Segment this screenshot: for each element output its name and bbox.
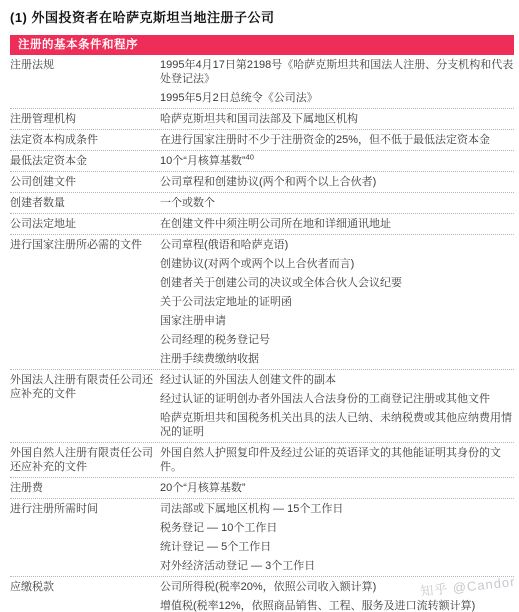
table-row: 公司法定地址 在创建文件中须注明公司所在地和详细通讯地址	[10, 214, 514, 235]
table-row: 公司创建文件 公司章程和创建协议(两个和两个以上合伙者)	[10, 172, 514, 193]
table-row: 注册法规 1995年4月17日第2198号《哈萨克斯坦共和国法人注册、分支机构和…	[10, 55, 514, 109]
value-line: 20个“月核算基数”	[160, 481, 514, 495]
page-title: (1) 外国投资者在哈萨克斯坦当地注册子公司	[10, 9, 514, 26]
value-line: 1995年4月17日第2198号《哈萨克斯坦共和国法人注册、分支机构和代表处登记…	[160, 58, 514, 86]
value-line: 公司所得税(税率20%，依照公司收入额计算)	[160, 580, 514, 594]
value-line: 哈萨克斯坦共和国司法部及下属地区机构	[160, 112, 514, 126]
row-value: 1995年4月17日第2198号《哈萨克斯坦共和国法人注册、分支机构和代表处登记…	[160, 58, 514, 105]
row-label: 创建者数量	[10, 196, 160, 210]
value-line: 统计登记 — 5个工作日	[160, 540, 514, 554]
registration-table: 注册的基本条件和程序 注册法规 1995年4月17日第2198号《哈萨克斯坦共和…	[10, 35, 514, 612]
footnote-marker: 40	[246, 152, 254, 161]
row-label: 应缴税款	[10, 580, 160, 594]
value-line: 一个或数个	[160, 196, 514, 210]
value-line: 哈萨克斯坦共和国税务机关出具的法人已纳、未纳税费或其他应纳费用情况的证明	[160, 411, 514, 439]
row-label: 外国自然人注册有限责任公司还应补充的文件	[10, 446, 160, 474]
table-row: 创建者数量 一个或数个	[10, 193, 514, 214]
value-line: 司法部或下属地区机构 — 15个工作日	[160, 502, 514, 516]
value-line: 关于公司法定地址的证明函	[160, 295, 514, 309]
value-line: 对外经济活动登记 — 3个工作日	[160, 559, 514, 573]
value-line: 公司章程(俄语和哈萨克语)	[160, 238, 514, 252]
row-label: 注册管理机构	[10, 112, 160, 126]
value-line: 公司经理的税务登记号	[160, 333, 514, 347]
value-line: 税务登记 — 10个工作日	[160, 521, 514, 535]
value-line: 10个“月核算基数”40	[160, 154, 514, 168]
row-label: 进行注册所需时间	[10, 502, 160, 516]
row-label: 公司创建文件	[10, 175, 160, 189]
table-section-header: 注册的基本条件和程序	[10, 35, 514, 55]
table-row: 注册管理机构 哈萨克斯坦共和国司法部及下属地区机构	[10, 109, 514, 130]
value-line: 经过认证的外国法人创建文件的副本	[160, 373, 514, 387]
value-line: 1995年5月2日总统令《公司法》	[160, 91, 514, 105]
row-label: 法定资本构成条件	[10, 133, 160, 147]
value-line: 增值税(税率12%，依照商品销售、工程、服务及进口流转额计算)	[160, 599, 514, 612]
row-value: 司法部或下属地区机构 — 15个工作日税务登记 — 10个工作日统计登记 — 5…	[160, 502, 514, 573]
row-label: 外国法人注册有限责任公司还应补充的文件	[10, 373, 160, 401]
table-row: 注册费 20个“月核算基数”	[10, 478, 514, 499]
row-value: 一个或数个	[160, 196, 514, 210]
table-row: 最低法定资本金 10个“月核算基数”40	[10, 151, 514, 172]
value-line: 经过认证的证明创办者外国法人合法身份的工商登记注册或其他文件	[160, 392, 514, 406]
value-line: 在创建文件中须注明公司所在地和详细通讯地址	[160, 217, 514, 231]
row-label: 最低法定资本金	[10, 154, 160, 168]
table-row: 进行国家注册所必需的文件 公司章程(俄语和哈萨克语)创建协议(对两个或两个以上合…	[10, 235, 514, 370]
row-label: 进行国家注册所必需的文件	[10, 238, 160, 252]
row-value: 在进行国家注册时不少于注册资金的25%，但不低于最低法定资本金	[160, 133, 514, 147]
value-line: 外国自然人护照复印件及经过公证的英语译文的其他能证明其身份的文件。	[160, 446, 514, 474]
row-label: 注册费	[10, 481, 160, 495]
row-value: 公司章程和创建协议(两个和两个以上合伙者)	[160, 175, 514, 189]
row-value: 在创建文件中须注明公司所在地和详细通讯地址	[160, 217, 514, 231]
row-value: 哈萨克斯坦共和国司法部及下属地区机构	[160, 112, 514, 126]
row-value: 20个“月核算基数”	[160, 481, 514, 495]
row-value: 公司所得税(税率20%，依照公司收入额计算)增值税(税率12%，依照商品销售、工…	[160, 580, 514, 612]
value-line: 创建协议(对两个或两个以上合伙者而言)	[160, 257, 514, 271]
row-label: 公司法定地址	[10, 217, 160, 231]
value-line: 在进行国家注册时不少于注册资金的25%，但不低于最低法定资本金	[160, 133, 514, 147]
value-line: 注册手续费缴纳收据	[160, 352, 514, 366]
table-row: 外国自然人注册有限责任公司还应补充的文件 外国自然人护照复印件及经过公证的英语译…	[10, 443, 514, 478]
table-body: 注册法规 1995年4月17日第2198号《哈萨克斯坦共和国法人注册、分支机构和…	[10, 55, 514, 612]
row-value: 公司章程(俄语和哈萨克语)创建协议(对两个或两个以上合伙者而言)创建者关于创建公…	[160, 238, 514, 366]
row-value: 外国自然人护照复印件及经过公证的英语译文的其他能证明其身份的文件。	[160, 446, 514, 474]
table-row: 外国法人注册有限责任公司还应补充的文件 经过认证的外国法人创建文件的副本经过认证…	[10, 370, 514, 443]
table-row: 进行注册所需时间 司法部或下属地区机构 — 15个工作日税务登记 — 10个工作…	[10, 499, 514, 577]
row-value: 10个“月核算基数”40	[160, 154, 514, 168]
row-label: 注册法规	[10, 58, 160, 72]
value-line: 创建者关于创建公司的决议或全体合伙人会议纪要	[160, 276, 514, 290]
document-page: (1) 外国投资者在哈萨克斯坦当地注册子公司 注册的基本条件和程序 注册法规 1…	[0, 0, 519, 612]
row-value: 经过认证的外国法人创建文件的副本经过认证的证明创办者外国法人合法身份的工商登记注…	[160, 373, 514, 439]
value-line: 国家注册申请	[160, 314, 514, 328]
table-row: 应缴税款 公司所得税(税率20%，依照公司收入额计算)增值税(税率12%，依照商…	[10, 577, 514, 612]
table-row: 法定资本构成条件 在进行国家注册时不少于注册资金的25%，但不低于最低法定资本金	[10, 130, 514, 151]
value-line: 公司章程和创建协议(两个和两个以上合伙者)	[160, 175, 514, 189]
